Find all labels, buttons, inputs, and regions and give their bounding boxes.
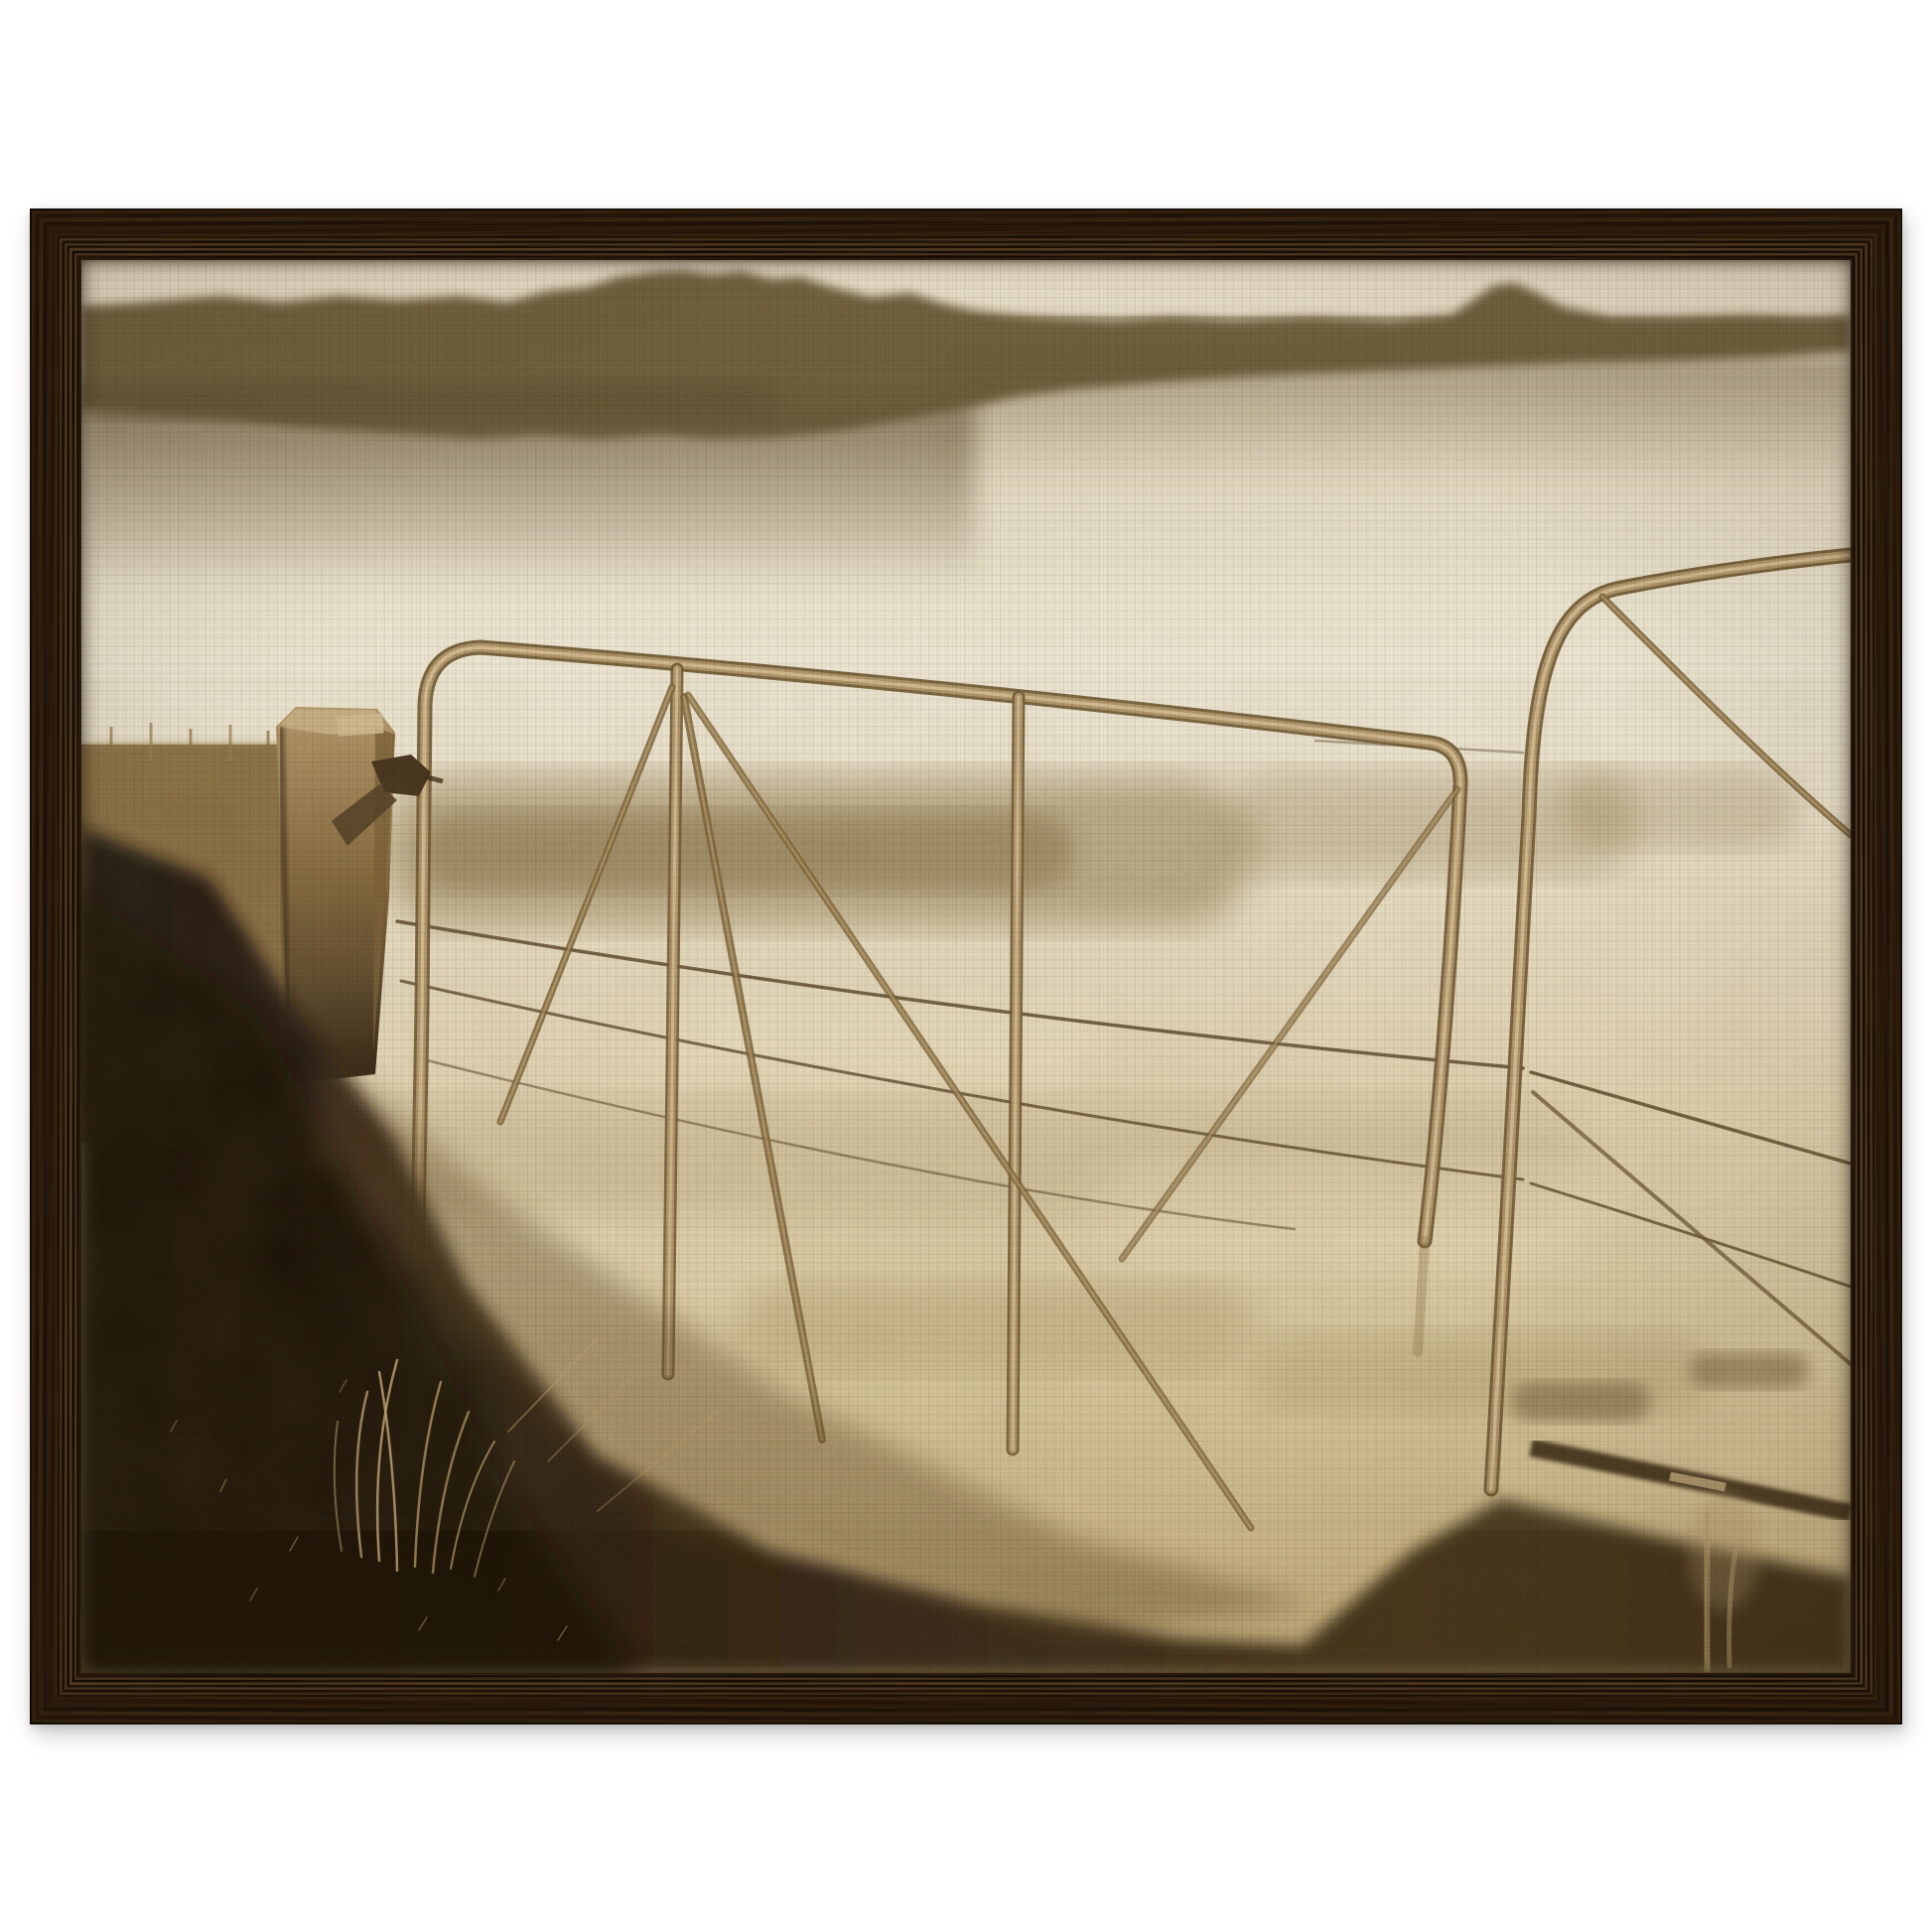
frame-right (1851, 208, 1902, 1725)
frame-bottom (30, 1673, 1902, 1725)
frame-top (30, 208, 1902, 260)
picture-frame (30, 208, 1902, 1725)
sepia-photograph (81, 260, 1851, 1673)
frame-left (30, 208, 81, 1725)
scene-svg (81, 260, 1851, 1673)
film-grain-overlay (81, 260, 1851, 1673)
canvas (0, 0, 1932, 1932)
